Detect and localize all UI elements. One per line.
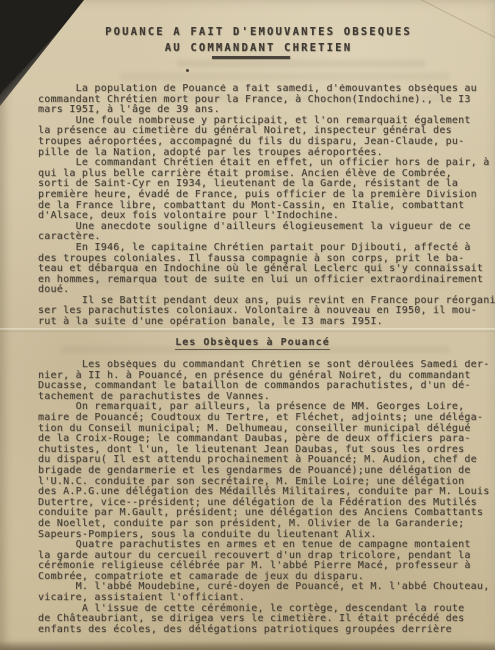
- title-separator-rule: [212, 56, 290, 59]
- stray-ink-dot: [186, 69, 189, 72]
- text-line: en hommes, remarqua tout de suite en lui…: [38, 275, 495, 286]
- section-subtitle: Les Obsèques à Pouancé: [0, 337, 495, 348]
- ink-bleed-mark: [120, 73, 450, 80]
- scanned-document-page: { "colors": { "paper": "#d3c6a7", "ink":…: [0, 0, 495, 650]
- text-line: brigade de gendarmerie et les gendarmes …: [38, 466, 495, 477]
- text-line: maire de Pouancé; Coudtoux du Tertre, et…: [38, 413, 495, 424]
- subtitle-text: Les Obsèques à Pouancé: [175, 337, 329, 350]
- ink-bleed-mark: [176, 60, 426, 67]
- document-title: POUANCE A FAIT D'EMOUVANTES OBSEQUESAU C…: [0, 24, 495, 56]
- body-text-block-2: Les obsèques du commandant Chrétien se s…: [38, 360, 495, 635]
- text-line: de Noellet, conduite par son président, …: [38, 519, 495, 530]
- body-text-block-1: La population de Pouancé a fait samedi, …: [38, 84, 495, 328]
- text-line: enfants des écoles, des délégations patr…: [38, 625, 495, 636]
- text-line: rut à la suite d'une opération banale, l…: [38, 317, 495, 328]
- text-line: Une anecdote souligne d'ailleurs élogieu…: [38, 222, 495, 233]
- bottom-edge-shadow: [0, 641, 495, 650]
- text-line: La population de Pouancé a fait samedi, …: [38, 84, 495, 95]
- title-line-1: POUANCE A FAIT D'EMOUVANTES OBSEQUES: [105, 26, 412, 38]
- title-line-2: AU COMMANDANT CHRETIEN: [165, 42, 352, 54]
- horizontal-fold-crease: [0, 328, 495, 332]
- text-line: troupes aéroportées, accompagné du fils …: [38, 137, 495, 148]
- text-line: première heure, évadé de France, puis of…: [38, 190, 495, 201]
- text-line: En I946, le capitaine Chrétien partait p…: [38, 243, 495, 254]
- text-line: Les obsèques du commandant Chrétien se s…: [38, 360, 495, 371]
